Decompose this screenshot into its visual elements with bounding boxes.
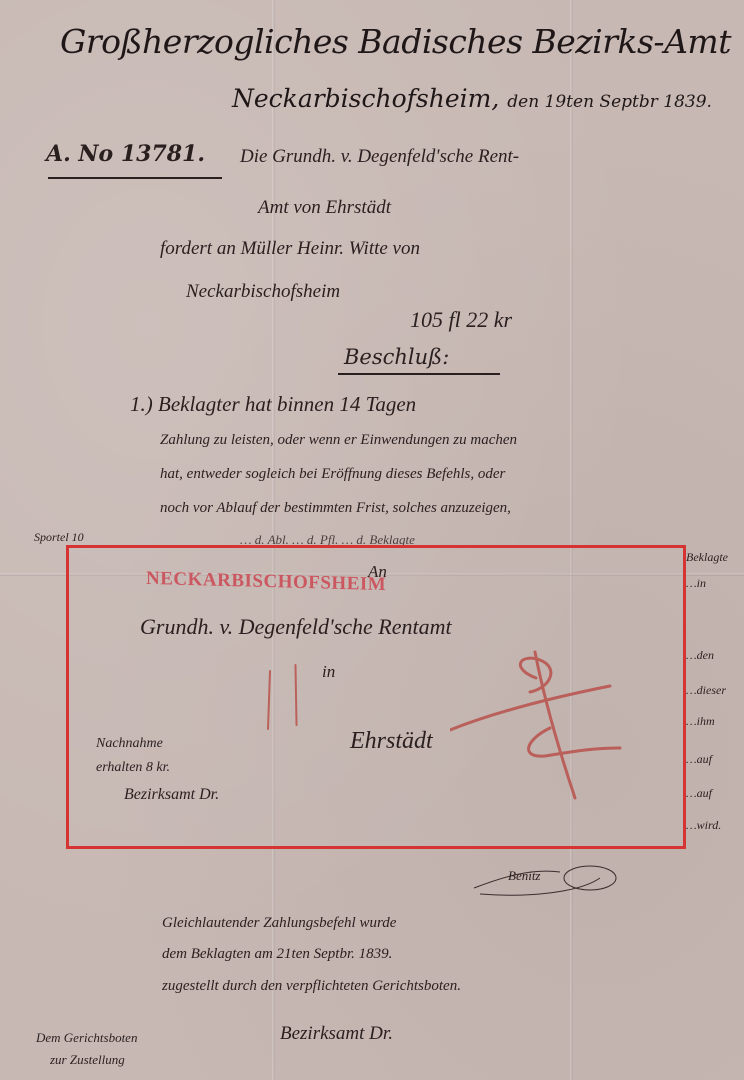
panel-note-line: Bezirksamt Dr. <box>124 786 219 804</box>
left-margin-note: Sportel 10 <box>34 530 84 545</box>
place-name: Neckarbischofsheim <box>232 84 491 113</box>
heading-beschluss: Beschluß: <box>344 345 449 369</box>
delivery-closing: Bezirksamt Dr. <box>280 1023 393 1045</box>
address-prefix: An <box>368 562 387 582</box>
panel-note-line: erhalten 8 kr. <box>96 760 170 776</box>
order-line: 1.) Beklagter hat binnen 14 Tagen <box>130 392 416 417</box>
right-margin-fragment: …den <box>686 648 714 663</box>
date-text: den 19ten Septbr 1839. <box>507 92 712 112</box>
case-line: fordert an Müller Heinr. Witte von <box>160 238 420 260</box>
case-line: Die Grundh. v. Degenfeld'sche Rent- <box>240 146 519 168</box>
case-line: Amt von Ehrstädt <box>258 197 391 219</box>
bottom-left-note-line: zur Zustellung <box>50 1052 125 1068</box>
delivery-line: dem Beklagten am 21ten Septbr. 1839. <box>162 946 392 963</box>
right-margin-fragment: …auf <box>686 786 712 801</box>
destination-line: Ehrstädt <box>350 728 433 755</box>
recipient-line: Grundh. v. Degenfeld'sche Rentamt <box>140 614 452 640</box>
red-crayon-mark-icon <box>450 648 650 808</box>
reference-underline <box>48 177 222 179</box>
claim-amount: 105 fl 22 kr <box>410 307 512 333</box>
order-line: Zahlung zu leisten, oder wenn er Einwend… <box>160 432 517 449</box>
right-margin-fragment: …dieser <box>686 683 726 698</box>
reference-number: A. No 13781. <box>46 141 205 167</box>
order-line: hat, entweder sogleich bei Eröffnung die… <box>160 466 505 483</box>
right-margin-fragment: …wird. <box>686 818 721 833</box>
right-margin-fragment: …in <box>686 576 706 591</box>
right-margin-fragment: Beklagte <box>686 550 728 565</box>
bottom-left-note-line: Dem Gerichtsboten <box>36 1030 137 1046</box>
panel-note-line: Nachnahme <box>96 736 163 752</box>
delivery-line: zugestellt durch den verpflichteten Geri… <box>162 978 461 995</box>
signature-flourish-icon <box>470 858 620 898</box>
order-line: noch vor Ablauf der bestimmten Frist, so… <box>160 500 511 517</box>
place-date-line: Neckarbischofsheim, den 19ten Septbr 183… <box>232 84 712 113</box>
signature-name: Benitz <box>508 868 541 884</box>
case-line: Neckarbischofsheim <box>186 281 340 303</box>
letterhead: Großherzogliches Badisches Bezirks-Amt <box>60 22 731 61</box>
right-margin-fragment: …auf <box>686 752 712 767</box>
paper-fold-vertical-right <box>570 0 573 1080</box>
delivery-line: Gleichlautender Zahlungsbefehl wurde <box>162 915 396 932</box>
address-preposition: in <box>322 662 335 682</box>
right-margin-fragment: …ihm <box>686 714 715 729</box>
heading-underline <box>338 373 500 375</box>
